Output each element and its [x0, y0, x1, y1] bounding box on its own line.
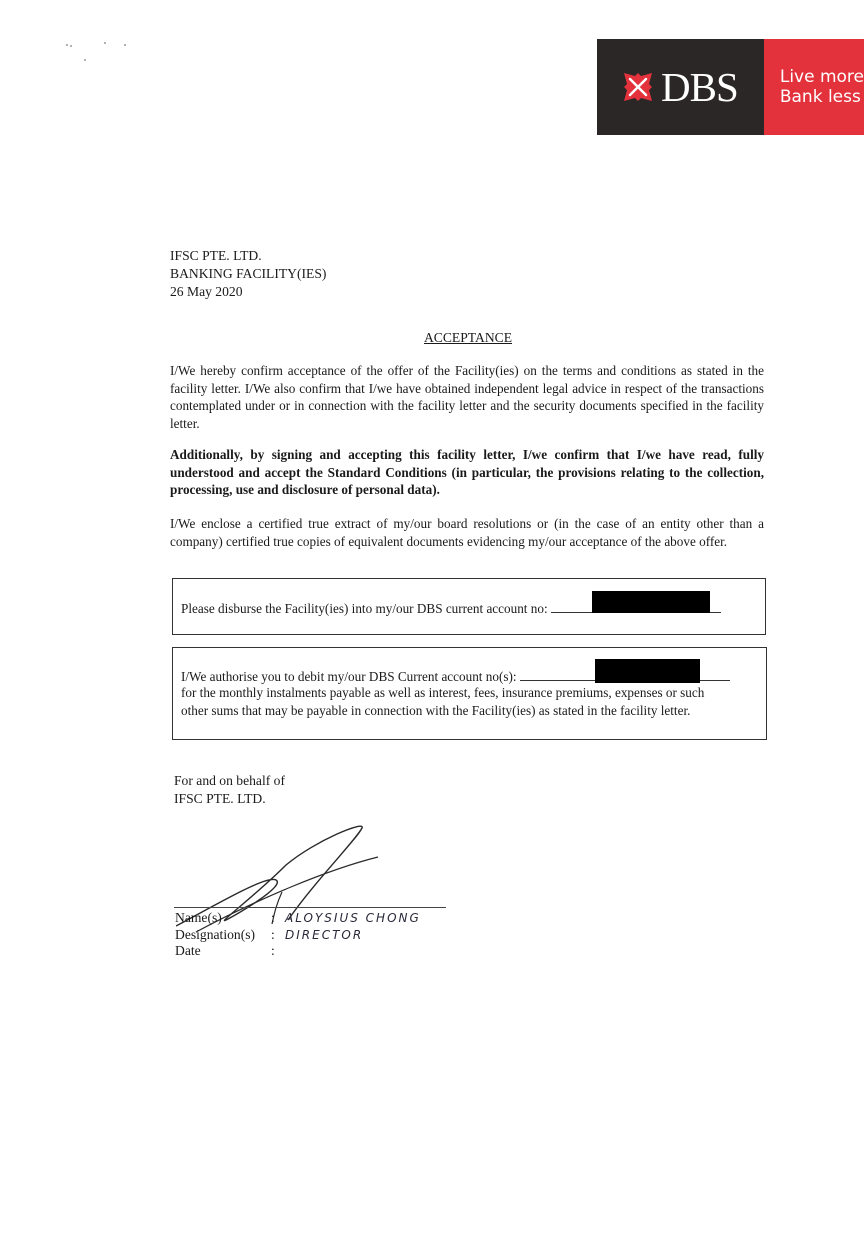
date-row: Date :: [175, 943, 421, 960]
letter-subject: BANKING FACILITY(IES): [170, 265, 326, 283]
tagline-line-1: Live more: [780, 67, 864, 87]
date-label: Date: [175, 943, 271, 960]
designation-value: DIRECTOR: [285, 927, 363, 944]
name-row: Name(s) : ALOYSIUS CHONG: [175, 910, 421, 927]
name-value: ALOYSIUS CHONG: [285, 910, 421, 927]
debit-line-3: other sums that may be payable in connec…: [181, 702, 690, 720]
dbs-wordmark: DBS: [661, 67, 738, 108]
banner-logo-panel: DBS: [597, 39, 764, 135]
debit-line-2: for the monthly instalments payable as w…: [181, 684, 704, 702]
on-behalf-block: For and on behalf of IFSC PTE. LTD.: [174, 772, 285, 808]
company-name: IFSC PTE. LTD.: [170, 247, 326, 265]
name-label: Name(s): [175, 910, 271, 927]
page-title: ACCEPTANCE: [170, 329, 766, 347]
tagline-line-2: Bank less: [780, 87, 864, 107]
letter-header: IFSC PTE. LTD. BANKING FACILITY(IES) 26 …: [170, 247, 326, 301]
designation-label: Designation(s): [175, 927, 271, 944]
signatory-details: Name(s) : ALOYSIUS CHONG Designation(s) …: [175, 910, 421, 960]
board-resolution-paragraph: I/We enclose a certified true extract of…: [170, 515, 764, 550]
banner-tagline-panel: Live more Bank less: [764, 39, 864, 135]
designation-row: Designation(s) : DIRECTOR: [175, 927, 421, 944]
dbs-banner: DBS Live more Bank less: [597, 39, 864, 135]
on-behalf-line: For and on behalf of: [174, 772, 285, 790]
on-behalf-company: IFSC PTE. LTD.: [174, 790, 285, 808]
letter-date: 26 May 2020: [170, 283, 326, 301]
redacted-account-number: [592, 591, 710, 613]
disburse-account-box: Please disburse the Facility(ies) into m…: [172, 578, 766, 635]
standard-conditions-paragraph: Additionally, by signing and accepting t…: [170, 446, 764, 499]
signature-line: [174, 907, 446, 908]
debit-authorisation-box: I/We authorise you to debit my/our DBS C…: [172, 647, 767, 740]
dbs-star-icon: [621, 70, 655, 104]
debit-label: I/We authorise you to debit my/our DBS C…: [181, 669, 517, 684]
acceptance-paragraph: I/We hereby confirm acceptance of the of…: [170, 362, 764, 432]
disburse-label: Please disburse the Facility(ies) into m…: [181, 601, 548, 616]
scan-specks: [62, 38, 142, 68]
redacted-account-number: [595, 659, 700, 683]
